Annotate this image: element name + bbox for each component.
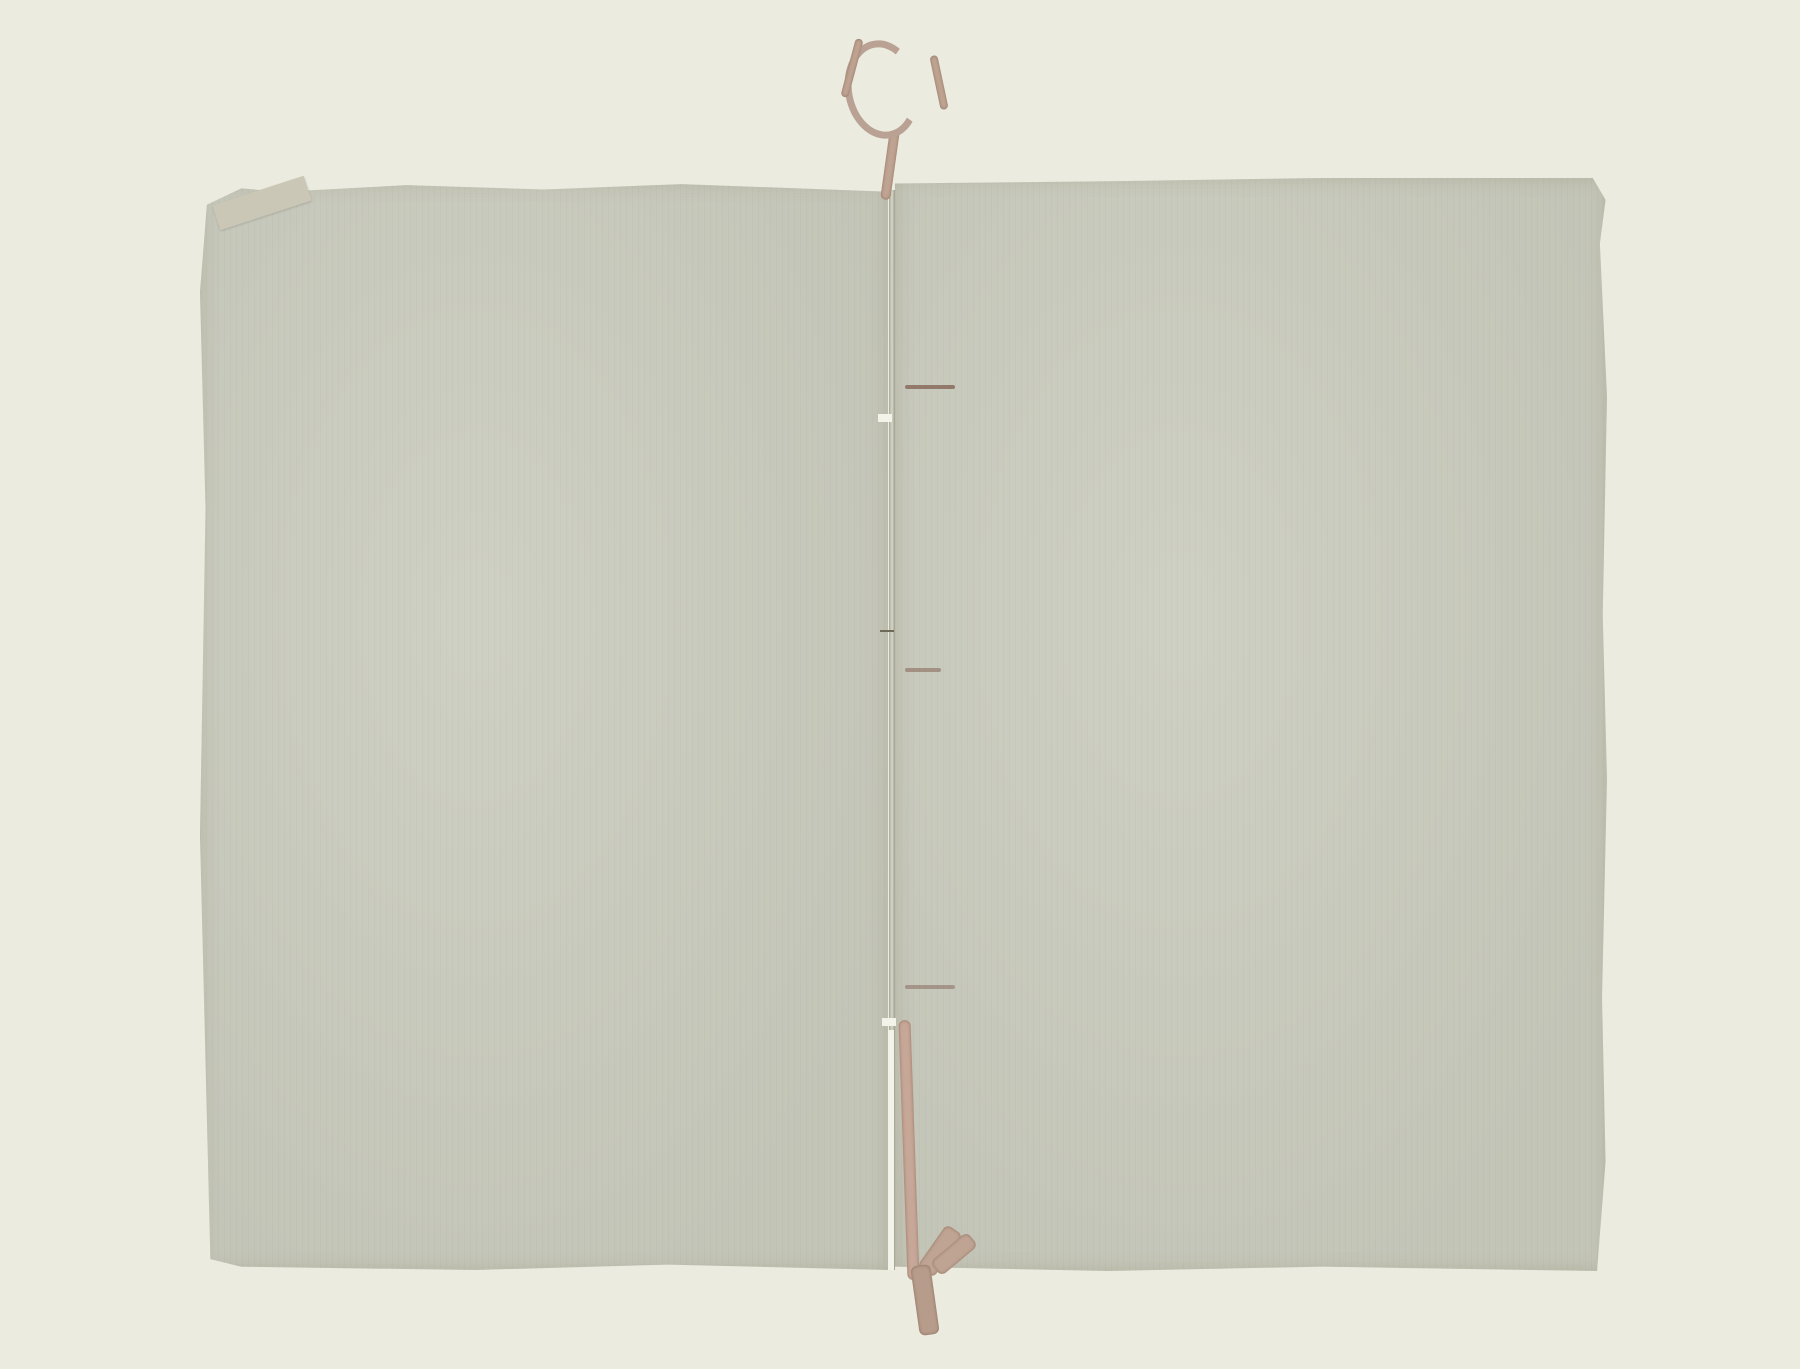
spine-notch xyxy=(880,630,894,632)
top-cord-end xyxy=(929,55,948,110)
left-page xyxy=(200,183,888,1270)
spine-notch xyxy=(878,414,892,422)
spine-notch xyxy=(888,1030,894,1270)
spine-notch xyxy=(882,1018,896,1026)
stitch-mark xyxy=(905,668,941,672)
top-cord-loop xyxy=(837,34,927,144)
right-page xyxy=(895,178,1607,1271)
stitch-mark xyxy=(905,385,955,389)
stitch-mark xyxy=(905,985,955,989)
